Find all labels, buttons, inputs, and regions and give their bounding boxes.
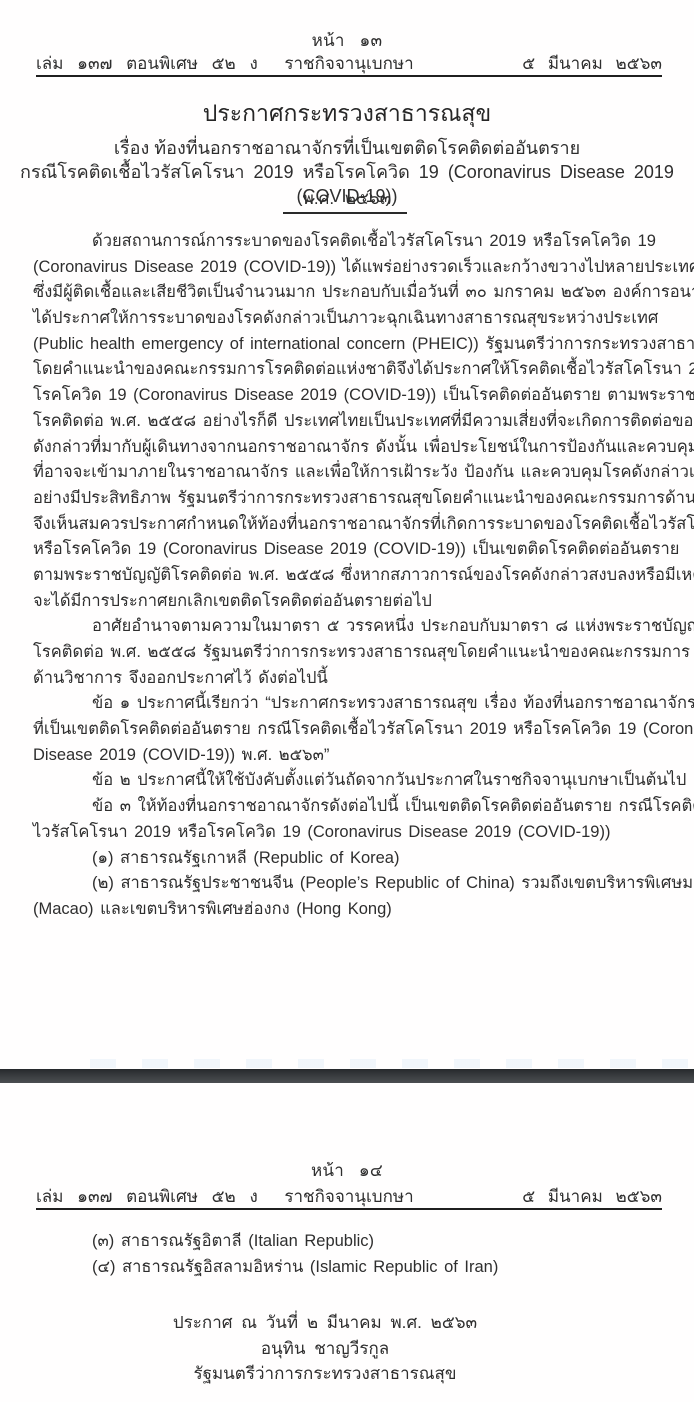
title-divider <box>283 212 407 214</box>
document-line: (๑) สาธารณรัฐเกาหลี (Republic of Korea) <box>33 846 666 872</box>
header-rule <box>36 1208 662 1210</box>
signer-title: รัฐมนตรีว่าการกระทรวงสาธารณสุข <box>0 1361 672 1387</box>
page-number: หน้า ๑๔ <box>0 1157 694 1184</box>
document-line: (Coronavirus Disease 2019 (COVID-19)) ได… <box>33 255 666 281</box>
document-line: (๒) สาธารณรัฐประชาชนจีน (People’s Republ… <box>33 871 666 897</box>
document-line: หรือโรคโควิด 19 (Coronavirus Disease 201… <box>33 537 666 563</box>
document-line: โดยคำแนะนำของคณะกรรมการโรคติดต่อแห่งชาติ… <box>33 357 666 383</box>
document-line: (๓) สาธารณรัฐอิตาลี (Italian Republic) <box>33 1229 666 1255</box>
body-text-page-13: ด้วยสถานการณ์การระบาดของโรคติดเชื้อไวรัส… <box>33 229 666 923</box>
document-line: ด้านวิชาการ จึงออกประกาศไว้ ดังต่อไปนี้ <box>33 666 666 692</box>
document-line: โรคโควิด 19 (Coronavirus Disease 2019 (C… <box>33 383 666 409</box>
page-separator-bar <box>0 1069 694 1083</box>
document-line: ข้อ ๑ ประกาศนี้เรียกว่า “ประกาศกระทรวงสา… <box>33 691 666 717</box>
volume-info: เล่ม ๑๓๗ ตอนพิเศษ ๕๒ ง <box>36 50 258 77</box>
document-line: ได้ประกาศให้การระบาดของโรคดังกล่าวเป็นภา… <box>33 306 666 332</box>
document-line: (๔) สาธารณรัฐอิสลามอิหร่าน (Islamic Repu… <box>33 1255 666 1281</box>
announcement-title: ประกาศกระทรวงสาธารณสุข <box>0 96 694 132</box>
document-line: จะได้มีการประกาศยกเลิกเขตติดโรคติดต่ออัน… <box>33 589 666 615</box>
gazette-page-13: หน้า ๑๓ เล่ม ๑๓๗ ตอนพิเศษ ๕๒ ง ราชกิจจาน… <box>0 0 694 1069</box>
document-line: ตามพระราชบัญญัติโรคติดต่อ พ.ศ. ๒๕๕๘ ซึ่ง… <box>33 563 666 589</box>
publish-date: ๕ มีนาคม ๒๕๖๓ <box>522 1183 662 1210</box>
announcement-year: พ.ศ. ๒๕๖๓ <box>0 185 694 212</box>
gazette-name: ราชกิจจานุเบกษา <box>284 50 413 77</box>
document-line: ที่อาจจะเข้ามาภายในราชอาณาจักร และเพื่อใ… <box>33 460 666 486</box>
document-line: โรคติดต่อ พ.ศ. ๒๕๕๘ อย่างไรก็ดี ประเทศไท… <box>33 409 666 435</box>
document-line: Disease 2019 (COVID-19)) พ.ศ. ๒๕๖๓” <box>33 743 666 769</box>
document-line: อาศัยอำนาจตามความในมาตรา ๕ วรรคหนึ่ง ประ… <box>33 614 666 640</box>
gazette-page-14: หน้า ๑๔ เล่ม ๑๓๗ ตอนพิเศษ ๕๒ ง ราชกิจจาน… <box>0 1083 694 1402</box>
document-line: ดังกล่าวที่มากับผู้เดินทางจากนอกราชอาณาจ… <box>33 435 666 461</box>
signer-name: อนุทิน ชาญวีรกูล <box>0 1336 672 1362</box>
document-line: ซึ่งมีผู้ติดเชื้อและเสียชีวิตเป็นจำนวนมา… <box>33 280 666 306</box>
body-text-page-14: (๓) สาธารณรัฐอิตาลี (Italian Republic)(๔… <box>33 1229 666 1280</box>
scan-artifact-strip <box>90 1059 694 1068</box>
document-line: อย่างมีประสิทธิภาพ รัฐมนตรีว่าการกระทรวง… <box>33 486 666 512</box>
document-line: ข้อ ๒ ประกาศนี้ให้ใช้บังคับตั้งแต่วันถัด… <box>33 768 666 794</box>
document-line: ด้วยสถานการณ์การระบาดของโรคติดเชื้อไวรัส… <box>33 229 666 255</box>
document-line: ที่เป็นเขตติดโรคติดต่ออันตราย กรณีโรคติด… <box>33 717 666 743</box>
document-line: จึงเห็นสมควรประกาศกำหนดให้ท้องที่นอกราชอ… <box>33 512 666 538</box>
document-line: ข้อ ๓ ให้ท้องที่นอกราชอาณาจักรดังต่อไปนี… <box>33 794 666 820</box>
header-rule <box>36 75 662 77</box>
signature-block: ประกาศ ณ วันที่ ๒ มีนาคม พ.ศ. ๒๕๖๓ อนุทิ… <box>0 1310 672 1387</box>
document-line: ไวรัสโคโรนา 2019 หรือโรคโควิด 19 (Corona… <box>33 820 666 846</box>
document-line: โรคติดต่อ พ.ศ. ๒๕๕๘ รัฐมนตรีว่าการกระทรว… <box>33 640 666 666</box>
publish-date: ๕ มีนาคม ๒๕๖๓ <box>522 50 662 77</box>
running-header: เล่ม ๑๓๗ ตอนพิเศษ ๕๒ ง ราชกิจจานุเบกษา ๕… <box>36 1183 662 1205</box>
gazette-document: หน้า ๑๓ เล่ม ๑๓๗ ตอนพิเศษ ๕๒ ง ราชกิจจาน… <box>0 0 694 1402</box>
volume-info: เล่ม ๑๓๗ ตอนพิเศษ ๕๒ ง <box>36 1183 258 1210</box>
running-header: เล่ม ๑๓๗ ตอนพิเศษ ๕๒ ง ราชกิจจานุเบกษา ๕… <box>36 50 662 72</box>
gazette-name: ราชกิจจานุเบกษา <box>284 1183 413 1210</box>
document-line: (Public health emergency of internationa… <box>33 332 666 358</box>
document-line: (Macao) และเขตบริหารพิเศษฮ่องกง (Hong Ko… <box>33 897 666 923</box>
signature-date: ประกาศ ณ วันที่ ๒ มีนาคม พ.ศ. ๒๕๖๓ <box>0 1310 672 1336</box>
